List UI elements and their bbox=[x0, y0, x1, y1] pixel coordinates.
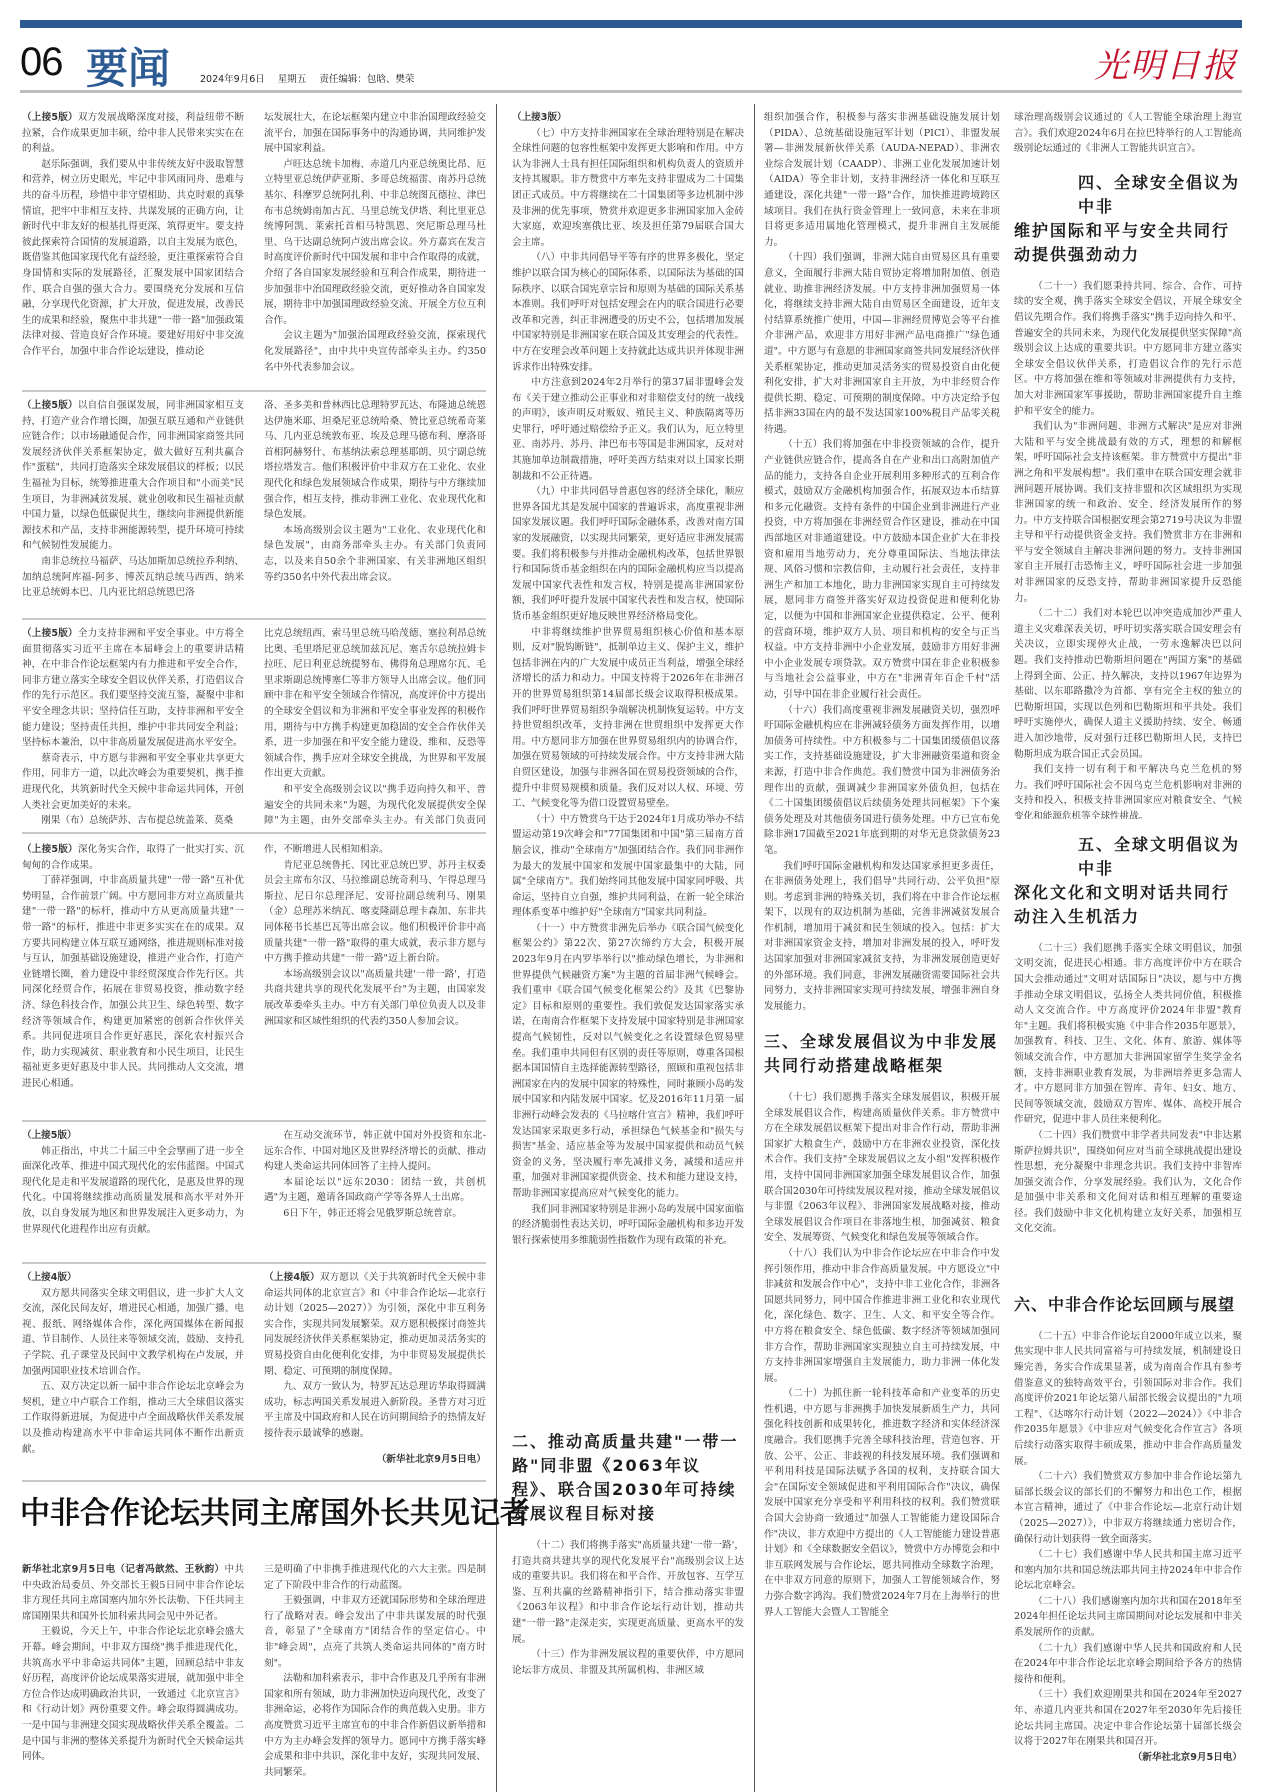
paragraph: 作，不断增进人民相知相亲。 bbox=[264, 842, 486, 858]
paragraph-text: 本场高级别会议以"高质量共建'一带一路'，打造共商共建共享的现代化发展平台"为主… bbox=[264, 969, 486, 1027]
issue-meta: 2024年9月6日 星期五 责任编辑：包晗、樊荣 bbox=[200, 71, 424, 85]
paragraph-text: 肯尼亚总统鲁托、冈比亚总统巴罗、苏丹主权委员会主席布尔汉、马拉维副总统奇利马、乍… bbox=[264, 860, 486, 965]
paragraph-text: 我们呼吁国际金融机构和发达国家承担更多责任，在非洲债务处理上，我们倡导"共同行动… bbox=[764, 861, 1000, 1012]
block1-right: 坛发展壮大，在论坛框架内建立中非治国理政经验交流平台，加强在国际事务中的沟通协调… bbox=[264, 110, 486, 390]
block2-left: （上接5版）以自信自强谋发展，同非洲国家相互支持，打造产业合作增长圈，加强互联互… bbox=[22, 398, 244, 608]
section-heading-6: 六、中非合作论坛回顾与展望 bbox=[1014, 1293, 1242, 1317]
paragraph-text: （二十九）我们感谢中华人民共和国政府和人民在2024年中非合作论坛北京峰会期间给… bbox=[1014, 1643, 1242, 1685]
declaration-col1-bottom: 二、推动高质量共建"一带一路"同非盟《2063年议程》、联合国2030年可持续发… bbox=[512, 1430, 744, 1790]
paragraph: （十五）我们将加强在中非投资领域的合作，提升产业链供应链合作，提高各自在产业和出… bbox=[764, 437, 1000, 702]
declaration-col1b-text: （十二）我们将携手落实"高质量共建'一带一路'，打造共商共建共享的现代化发展平台… bbox=[512, 1538, 744, 1678]
paragraph-text: 中非将继续维护世界贸易组织核心价值和基本原则，反对"脱钩断链"，抵制单边主义、保… bbox=[512, 627, 744, 810]
paragraph-text: 双方愿以《关于共筑新时代全天候中非命运共同体的北京宣言》和《中非合作论坛—北京行… bbox=[264, 1272, 486, 1377]
paragraph: 我们认为"非洲问题、非洲方式解决"是应对非洲大陆和平与安全挑战最有效的方式，理想… bbox=[1014, 419, 1242, 606]
paragraph: （二十一）我们愿秉持共同、综合、合作、可持续的安全观，携手落实全球安全倡议，开展… bbox=[1014, 279, 1242, 419]
paragraph: 法勒和加科索表示，非中合作惠及几乎所有非洲国家和所有领域，助力非洲加快迈向现代化… bbox=[264, 1671, 486, 1780]
paragraph-text: 坛发展壮大，在论坛框架内建立中非治国理政经验交流平台，加强在国际事务中的沟通协调… bbox=[264, 112, 486, 154]
paragraph-text: 本届论坛以"远东2030：团结一致，共创机遇"为主题，邀请各国政商产学等各界人士… bbox=[264, 1177, 486, 1204]
continuation-label: （上接5版） bbox=[22, 628, 78, 639]
continuation-label: （上接5版） bbox=[22, 400, 78, 411]
paragraph-text: 作，不断增进人民相知相亲。 bbox=[264, 844, 389, 855]
column-divider bbox=[754, 104, 755, 1792]
block5-left: （上接5版）韩正指出，中共二十届三中全会擘画了进一步全面深化改革、推进中国式现代… bbox=[22, 1128, 244, 1256]
paragraph: （二十四）我们赞赏中非学者共同发表"中非达累斯萨拉姆共识"，围绕如何应对当前全球… bbox=[1014, 1128, 1242, 1237]
paragraph-text: （十五）我们将加强在中非投资领域的合作，提升产业链供应链合作，提高各自在产业和出… bbox=[764, 439, 1000, 700]
paragraph-text: 赵乐际强调，我们要从中非传统友好中汲取智慧和营养，树立历史眼光，牢记中非风雨同舟… bbox=[22, 159, 244, 357]
paragraph: （十六）我们高度重视非洲发展融资关切，强烈呼吁国际金融机构应在非洲减轻债务方面发… bbox=[764, 703, 1000, 859]
paragraph: 赵乐际强调，我们要从中非传统友好中汲取智慧和营养，树立历史眼光，牢记中非风雨同舟… bbox=[22, 157, 244, 360]
paragraph: （二十九）我们感谢中华人民共和国政府和人民在2024年中非合作论坛北京峰会期间给… bbox=[1014, 1641, 1242, 1688]
paragraph: （十七）我们愿携手落实全球发展倡议，积极开展全球发展倡议合作，构建高质量伙伴关系… bbox=[764, 1090, 1000, 1246]
paragraph: 肯尼亚总统鲁托、冈比亚总统巴罗、苏丹主权委员会主席布尔汉、马拉维副总统奇利马、乍… bbox=[264, 858, 486, 967]
paragraph: 王毅说，今天上午，中非合作论坛北京峰会盛大开幕。峰会期间，中非双方围绕"携手推进… bbox=[22, 1624, 244, 1764]
paragraph-text: （二十一）我们愿秉持共同、综合、合作、可持续的安全观，携手落实全球安全倡议，开展… bbox=[1014, 281, 1242, 417]
paragraph: 蔡奇表示，中方愿与非洲和平安全事业共享更大作用，同非方一道，以此次峰会为重要契机… bbox=[22, 751, 244, 813]
block4-left: （上接5版）深化务实合作，取得了一批实打实、沉甸甸的合作成果。丁薛祥强调，中非高… bbox=[22, 842, 244, 1112]
block3-left: （上接5版）全力支持非洲和平安全事业。中方将全面贯彻落实习近平主席在本届峰会上的… bbox=[22, 626, 244, 826]
paragraph-text: （十二）我们将携手落实"高质量共建'一带一路'，打造共商共建共享的现代化发展平台… bbox=[512, 1540, 744, 1645]
masthead-divider bbox=[20, 90, 1242, 93]
block1-left: （上接5版）双方发展战略深度对接，利益纽带不断拉紧，合作成果更加丰硕，给中非人民… bbox=[22, 110, 244, 390]
masthead: 06 要闻 2024年9月6日 星期五 责任编辑：包晗、樊荣 光明日报 bbox=[20, 36, 1242, 86]
paragraph-text: （二十七）我们感谢中华人民共和国主席习近平和塞内加尔共和国总统法耶共同主持202… bbox=[1014, 1549, 1242, 1591]
paragraph: （八）中非共同倡导平等有序的世界多极化，坚定维护以联合国为核心的国际体系、以国际… bbox=[512, 250, 744, 375]
continuation-label: （上接5版） bbox=[22, 844, 78, 855]
paragraph-text: （七）中方支持非洲国家在全球治理特别是在解决全球性问题的包容性框架中发挥更大影响… bbox=[512, 128, 744, 248]
declaration-col3: 球治理高级别会议通过的《人工智能全球治理上海宣言》。我们欢迎2024年6月在拉巴… bbox=[1014, 110, 1242, 1792]
declaration-col3d-text: （二十五）中非合作论坛自2000年成立以来，聚焦实现中非人民共同富裕与可持续发展… bbox=[1014, 1329, 1242, 1750]
paragraph: （上接5版） bbox=[22, 1128, 244, 1144]
paragraph: （二十五）中非合作论坛自2000年成立以来，聚焦实现中非人民共同富裕与可持续发展… bbox=[1014, 1329, 1242, 1469]
paragraph: 本场高级别会议主题为"工业化、农业现代化和绿色发展"，由商务部牵头主办。有关部门… bbox=[264, 523, 486, 585]
paragraph: 王毅强调，中非双方还就国际形势和全球治理进行了战略对表。峰会发出了中非共谋发展的… bbox=[264, 1593, 486, 1671]
section-heading-3: 三、全球发展倡议为中非发展共同行动搭建战略框架 bbox=[764, 1030, 1000, 1078]
paragraph: （上接4版）双方愿以《关于共筑新时代全天候中非命运共同体的北京宣言》和《中非合作… bbox=[264, 1270, 486, 1379]
paragraph-text: 九、双方一致认为，特罗瓦达总理访华取得圆满成功，标志两国关系发展进入新阶段。圣普… bbox=[264, 1381, 486, 1439]
paragraph-text: 我们认为"非洲问题、非洲方式解决"是应对非洲大陆和平与安全挑战最有效的方式，理想… bbox=[1014, 421, 1242, 604]
paragraph: （十四）我们强调，非洲大陆自由贸易区具有重要意义，全面履行非洲大陆自贸协定将增加… bbox=[764, 250, 1000, 437]
paragraph: 球治理高级别会议通过的《人工智能全球治理上海宣言》。我们欢迎2024年6月在拉巴… bbox=[1014, 110, 1242, 157]
paragraph: 丁薛祥强调，中非高质量共建"一带一路"互补优势明显，合作前景广阔。中方愿同非方对… bbox=[22, 873, 244, 1091]
paragraph: （上接5版）全力支持非洲和平安全事业。中方将全面贯彻落实习近平主席在本届峰会上的… bbox=[22, 626, 244, 751]
paragraph: 6日下午，韩正还将会见俄罗斯总统普京。 bbox=[264, 1206, 486, 1222]
paragraph: （十）中方赞赏乌干达于2024年1月成功举办不结盟运动第19次峰会和"77国集团… bbox=[512, 812, 744, 921]
paragraph: （二十三）我们愿携手落实全球文明倡议，加强文明交流，促进民心相通。非方高度评价中… bbox=[1014, 941, 1242, 1128]
paragraph-text: 法勒和加科索表示，非中合作惠及几乎所有非洲国家和所有领域，助力非洲加快迈向现代化… bbox=[264, 1673, 486, 1778]
paragraph-text: 三是明确了中非携手推进现代化的六大主张。四是制定了下阶段中非合作的行动蓝图。 bbox=[264, 1564, 486, 1591]
paragraph-text: 组织加强合作，积极参与落实非洲基础设施发展计划（PIDA）、总统基础设施冠军计划… bbox=[764, 112, 1000, 248]
paragraph-text: （十八）我们认为中非合作论坛应在中非合作中发挥引领作用，推动中非合作高质量发展。… bbox=[764, 1248, 1000, 1384]
section-title: 要闻 bbox=[86, 36, 170, 96]
block4-right: 作，不断增进人民相知相亲。肯尼亚总统鲁托、冈比亚总统巴罗、苏丹主权委员会主席布尔… bbox=[264, 842, 486, 1112]
paragraph-text: 会议主题为"加强治国理政经验交流，探索现代化发展路径"，由中共中央宣传部牵头主办… bbox=[264, 330, 486, 372]
paragraph-text: 五、双方决定以新一届中非合作论坛北京峰会为契机，建立中卢联合工作组，推动三大全球… bbox=[22, 1381, 244, 1454]
block5-right: 在互动交流环节，韩正就中国对外投资和东北-远东合作、中国对地区及世界经济增长的贡… bbox=[264, 1128, 486, 1256]
continuation-label: （上接5版） bbox=[22, 112, 78, 123]
paragraph-text: 在互动交流环节，韩正就中国对外投资和东北-远东合作、中国对地区及世界经济增长的贡… bbox=[264, 1130, 486, 1172]
paragraph: 坛发展壮大，在论坛框架内建立中非治国理政经验交流平台，加强在国际事务中的沟通协调… bbox=[264, 110, 486, 157]
paragraph-text: （十三）作为非洲发展议程的重要伙伴，中方愿同论坛非方成员、非盟及其所属机构、非洲… bbox=[512, 1649, 744, 1676]
declaration-col2: 组织加强合作，积极参与落实非洲基础设施发展计划（PIDA）、总统基础设施冠军计划… bbox=[764, 110, 1000, 1030]
declaration-col3b-text: （二十一）我们愿秉持共同、综合、合作、可持续的安全观，携手落实全球安全倡议，开展… bbox=[1014, 279, 1242, 819]
paragraph-text: 全力支持非洲和平安全事业。中方将全面贯彻落实习近平主席在本届峰会上的重要讲话精神… bbox=[22, 628, 244, 748]
paragraph-text: （二十八）我们感谢塞内加尔共和国在2018年至2024年担任论坛共同主席国期间对… bbox=[1014, 1596, 1242, 1638]
paragraph-text: （十）中方赞赏乌干达于2024年1月成功举办不结盟运动第19次峰会和"77国集团… bbox=[512, 814, 744, 919]
paragraph: （上接5版）双方发展战略深度对接，利益纽带不断拉紧，合作成果更加丰硕，给中非人民… bbox=[22, 110, 244, 157]
declaration-col3c-text: （二十三）我们愿携手落实全球文明倡议，加强文明交流，促进民心相通。非方高度评价中… bbox=[1014, 941, 1242, 1279]
main-story-left: 新华社北京9月5日电（记者冯歆然、王秋韵）中共中央政治局委员、外交部长王毅5日同… bbox=[22, 1562, 244, 1787]
paragraph: 比克总统纽西、索马里总统马哈茂德、塞拉利昂总统比奥、毛里塔尼亚总统加兹瓦尼、塞舌… bbox=[264, 626, 486, 782]
paragraph-text: 刚果（布）总统萨苏、吉布提总统盖莱、莫桑 bbox=[41, 815, 233, 826]
paragraph-text: （二十六）我们赞赏双方参加中非合作论坛第九届部长级会议的部长们的不懈努力和出色工… bbox=[1014, 1471, 1242, 1544]
byline-sign: （新华社北京9月5日电） bbox=[264, 1452, 486, 1468]
paragraph: （二十七）我们感谢中华人民共和国主席习近平和塞内加尔共和国总统法耶共同主持202… bbox=[1014, 1547, 1242, 1594]
paragraph: 双方愿共同落实全球文明倡议，进一步扩大人文交流，深化民间友好，增进民心相通，加强… bbox=[22, 1286, 244, 1380]
paragraph: 和平安全高级别会议以"携手迈向持久和平、普遍安全的共同未来"为题，为现代化发展提… bbox=[264, 782, 486, 826]
paragraph-text: 6日下午，韩正还将会见俄罗斯总统普京。 bbox=[283, 1208, 462, 1219]
paragraph: （三十）我们欢迎刚果共和国在2024年至2027年、赤道几内亚共和国在2027年… bbox=[1014, 1687, 1242, 1749]
paragraph: 我们支持一切有利于和平解决乌克兰危机的努力。我们呼吁国际社会不因乌克兰危机影响对… bbox=[1014, 762, 1242, 819]
paragraph: 刚果（布）总统萨苏、吉布提总统盖莱、莫桑 bbox=[22, 813, 244, 826]
declaration-col1: （上接3版）（七）中方支持非洲国家在全球治理特别是在解决全球性问题的包容性框架中… bbox=[512, 110, 744, 1428]
paragraph: 九、双方一致认为，特罗瓦达总理访华取得圆满成功，标志两国关系发展进入新阶段。圣普… bbox=[264, 1379, 486, 1441]
block3-right: 比克总统纽西、索马里总统马哈茂德、塞拉利昂总统比奥、毛里塔尼亚总统加兹瓦尼、塞舌… bbox=[264, 626, 486, 826]
paragraph: 本届论坛以"远东2030：团结一致，共创机遇"为主题，邀请各国政商产学等各界人士… bbox=[264, 1175, 486, 1206]
block2-right: 洛、圣多美和普林西比总理特罗瓦达、布隆迪总统恩达伊施米耶、坦桑尼亚总统哈桑、赞比… bbox=[264, 398, 486, 608]
issue-weekday: 星期五 bbox=[278, 74, 307, 85]
paragraph-text: 丁薛祥强调，中非高质量共建"一带一路"互补优势明显，合作前景广阔。中方愿同非方对… bbox=[22, 875, 244, 1089]
main-headline: 中非合作论坛共同主席国外长共见记者 bbox=[20, 1488, 500, 1532]
page-number: 06 bbox=[20, 40, 63, 85]
paragraph-text: （二十五）中非合作论坛自2000年成立以来，聚焦实现中非人民共同富裕与可持续发展… bbox=[1014, 1331, 1242, 1467]
paragraph-text: 球治理高级别会议通过的《人工智能全球治理上海宣言》。我们欢迎2024年6月在拉巴… bbox=[1014, 112, 1242, 154]
issue-date: 2024年9月6日 bbox=[200, 74, 265, 85]
block6-left: （上接4版）双方愿共同落实全球文明倡议，进一步扩大人文交流，深化民间友好，增进民… bbox=[22, 1270, 244, 1466]
section-heading-2: 二、推动高质量共建"一带一路"同非盟《2063年议程》、联合国2030年可持续发… bbox=[512, 1430, 744, 1526]
paragraph-text: （十四）我们强调，非洲大陆自由贸易区具有重要意义，全面履行非洲大陆自贸协定将增加… bbox=[764, 252, 1000, 435]
paragraph: （上接5版）深化务实合作，取得了一批实打实、沉甸甸的合作成果。 bbox=[22, 842, 244, 873]
paragraph: 韩正指出，中共二十届三中全会擘画了进一步全面深化改革、推进中国式现代化的宏伟蓝图… bbox=[22, 1144, 244, 1238]
paragraph-text: （八）中非共同倡导平等有序的世界多极化，坚定维护以联合国为核心的国际体系、以国际… bbox=[512, 252, 744, 372]
paragraph-text: 我们支持一切有利于和平解决乌克兰危机的努力。我们呼吁国际社会不因乌克兰危机影响对… bbox=[1014, 764, 1242, 819]
paragraph: （七）中方支持非洲国家在全球治理特别是在解决全球性问题的包容性框架中发挥更大影响… bbox=[512, 126, 744, 251]
paragraph: 在互动交流环节，韩正就中国对外投资和东北-远东合作、中国对地区及世界经济增长的贡… bbox=[264, 1128, 486, 1175]
section-heading-5: 五、全球文明倡议为中非 深化文化和文明对话共同行动注入生机活力 bbox=[1014, 833, 1242, 929]
continuation-label: （上接4版） bbox=[264, 1272, 320, 1283]
newspaper-logo: 光明日报 bbox=[1094, 38, 1238, 87]
paragraph-text: （三十）我们欢迎刚果共和国在2024年至2027年、赤道几内亚共和国在2027年… bbox=[1014, 1689, 1242, 1747]
paragraph: （十一）中方赞赏非洲先后举办《联合国气候变化框架公约》第22次、第27次缔约方大… bbox=[512, 921, 744, 1202]
paragraph-text: （十七）我们愿携手落实全球发展倡议，积极开展全球发展倡议合作，构建高质量伙伴关系… bbox=[764, 1092, 1000, 1243]
paragraph-text: 洛、圣多美和普林西比总理特罗瓦达、布隆迪总统恩达伊施米耶、坦桑尼亚总统哈桑、赞比… bbox=[264, 400, 486, 520]
paragraph: （九）中非共同倡导普惠包容的经济全球化，顺应世界各国尤其是发展中国家的普遍诉求，… bbox=[512, 484, 744, 624]
paragraph: 洛、圣多美和普林西比总理特罗瓦达、布隆迪总统恩达伊施米耶、坦桑尼亚总统哈桑、赞比… bbox=[264, 398, 486, 523]
top-brand-bar bbox=[20, 20, 1242, 28]
paragraph: 组织加强合作，积极参与落实非洲基础设施发展计划（PIDA）、总统基础设施冠军计划… bbox=[764, 110, 1000, 250]
paragraph-text: 王毅说，今天上午，中非合作论坛北京峰会盛大开幕。峰会期间，中非双方围绕"携手推进… bbox=[22, 1626, 244, 1762]
declaration-col3-text: 球治理高级别会议通过的《人工智能全球治理上海宣言》。我们欢迎2024年6月在拉巴… bbox=[1014, 110, 1242, 157]
paragraph: （二十六）我们赞赏双方参加中非合作论坛第九届部长级会议的部长们的不懈努力和出色工… bbox=[1014, 1469, 1242, 1547]
paragraph-text: 韩正指出，中共二十届三中全会擘画了进一步全面深化改革、推进中国式现代化的宏伟蓝图… bbox=[22, 1146, 244, 1235]
paragraph-text: 蔡奇表示，中方愿与非洲和平安全事业共享更大作用，同非方一道，以此次峰会为重要契机… bbox=[22, 753, 244, 811]
paragraph: （二十二）我们对本轮巴以冲突造成加沙严重人道主义灾难深表关切，呼吁切实落实联合国… bbox=[1014, 606, 1242, 762]
byline-sign: （新华社北京9月5日电） bbox=[1014, 1750, 1242, 1766]
block-divider bbox=[22, 832, 486, 834]
continuation-label: （上接4版） bbox=[22, 1272, 77, 1283]
continuation-label: 新华社北京9月5日电（记者冯歆然、王秋韵） bbox=[22, 1564, 224, 1575]
paragraph-text: 我们同非洲国家特别是非洲小岛屿发展中国家面临的经济脆弱性表达关切，呼吁国际金融机… bbox=[512, 1204, 744, 1246]
paragraph: 会议主题为"加强治国理政经验交流，探索现代化发展路径"，由中共中央宣传部牵头主办… bbox=[264, 328, 486, 375]
paragraph: （十三）作为非洲发展议程的重要伙伴，中方愿同论坛非方成员、非盟及其所属机构、非洲… bbox=[512, 1647, 744, 1678]
block-divider bbox=[22, 618, 486, 620]
paragraph-text: （二十四）我们赞赏中非学者共同发表"中非达累斯萨拉姆共识"，围绕如何应对当前全球… bbox=[1014, 1130, 1242, 1235]
block-divider bbox=[22, 1120, 486, 1122]
paragraph-text: 以自信自强谋发展，同非洲国家相互支持，打造产业合作增长圈，加强互联互通和产业链供… bbox=[22, 400, 244, 551]
paragraph-text: （二十）为抓住新一轮科技革命和产业变革的历史性机遇，中方愿与非洲携手加快发展新质… bbox=[764, 1388, 1000, 1617]
column-divider bbox=[496, 104, 497, 1792]
section-heading-4: 四、全球安全倡议为中非 维护国际和平与安全共同行动提供强劲动力 bbox=[1014, 171, 1242, 267]
paragraph: 中方注意到2024年2月举行的第37届非盟峰会发布《关于建立推动公正事业和对非赔… bbox=[512, 375, 744, 484]
block-divider bbox=[22, 390, 486, 392]
declaration-col2b-text: （十七）我们愿携手落实全球发展倡议，积极开展全球发展倡议合作，构建高质量伙伴关系… bbox=[764, 1090, 1000, 1620]
paragraph: 我们同非洲国家特别是非洲小岛屿发展中国家面临的经济脆弱性表达关切，呼吁国际金融机… bbox=[512, 1202, 744, 1249]
paragraph-text: （十六）我们高度重视非洲发展融资关切，强烈呼吁国际金融机构应在非洲减轻债务方面发… bbox=[764, 705, 1000, 856]
block-divider bbox=[22, 1262, 486, 1264]
paragraph: （二十）为抓住新一轮科技革命和产业变革的历史性机遇，中方愿与非洲携手加快发展新质… bbox=[764, 1386, 1000, 1620]
paragraph: 南非总统拉马福萨、马达加斯加总统拉乔利纳、加纳总统阿库福-阿多、博茨瓦纳总统马西… bbox=[22, 554, 244, 601]
paragraph-text: 中方注意到2024年2月举行的第37届非盟峰会发布《关于建立推动公正事业和对非赔… bbox=[512, 377, 744, 482]
paragraph: 三是明确了中非携手推进现代化的六大主张。四是制定了下阶段中非合作的行动蓝图。 bbox=[264, 1562, 486, 1593]
paragraph-text: 比克总统纽西、索马里总统马哈茂德、塞拉利昂总统比奥、毛里塔尼亚总统加兹瓦尼、塞舌… bbox=[264, 628, 486, 779]
paragraph: （二十八）我们感谢塞内加尔共和国在2018年至2024年担任论坛共同主席国期间对… bbox=[1014, 1594, 1242, 1641]
paragraph-text: （十一）中方赞赏非洲先后举办《联合国气候变化框架公约》第22次、第27次缔约方大… bbox=[512, 923, 744, 1199]
paragraph: 五、双方决定以新一届中非合作论坛北京峰会为契机，建立中卢联合工作组，推动三大全球… bbox=[22, 1379, 244, 1457]
paragraph-text: （二十三）我们愿携手落实全球文明倡议，加强文明交流，促进民心相通。非方高度评价中… bbox=[1014, 943, 1242, 1126]
paragraph-text: 双方愿共同落实全球文明倡议，进一步扩大人文交流，深化民间友好，增进民心相通，加强… bbox=[22, 1288, 244, 1377]
paragraph: （上接3版） bbox=[512, 110, 744, 126]
continuation-label: （上接3版） bbox=[512, 112, 567, 123]
main-story-right: 三是明确了中非携手推进现代化的六大主张。四是制定了下阶段中非合作的行动蓝图。王毅… bbox=[264, 1562, 486, 1787]
paragraph: （十八）我们认为中非合作论坛应在中非合作中发挥引领作用，推动中非合作高质量发展。… bbox=[764, 1246, 1000, 1386]
paragraph: 新华社北京9月5日电（记者冯歆然、王秋韵）中共中央政治局委员、外交部长王毅5日同… bbox=[22, 1562, 244, 1624]
paragraph-text: 本场高级别会议主题为"工业化、农业现代化和绿色发展"，由商务部牵头主办。有关部门… bbox=[264, 525, 486, 583]
paragraph-text: （九）中非共同倡导普惠包容的经济全球化，顺应世界各国尤其是发展中国家的普遍诉求，… bbox=[512, 486, 744, 622]
block-divider bbox=[22, 1480, 486, 1482]
paragraph: 中非将继续维护世界贸易组织核心价值和基本原则，反对"脱钩断链"，抵制单边主义、保… bbox=[512, 625, 744, 812]
continuation-label: （上接5版） bbox=[22, 1130, 77, 1141]
paragraph-text: 卢旺达总统卡加梅、赤道几内亚总统奥比昂、厄立特里亚总统伊萨亚斯、多哥总统福雷、南… bbox=[264, 159, 486, 326]
paragraph-text: （二十二）我们对本轮巴以冲突造成加沙严重人道主义灾难深表关切，呼吁切实落实联合国… bbox=[1014, 608, 1242, 759]
paragraph: 本场高级别会议以"高质量共建'一带一路'，打造共商共建共享的现代化发展平台"为主… bbox=[264, 967, 486, 1029]
paragraph-text: 和平安全高级别会议以"携手迈向持久和平、普遍安全的共同未来"为题，为现代化发展提… bbox=[264, 784, 486, 826]
paragraph: 我们呼吁国际金融机构和发达国家承担更多责任，在非洲债务处理上，我们倡导"共同行动… bbox=[764, 859, 1000, 1015]
paragraph: （上接5版）以自信自强谋发展，同非洲国家相互支持，打造产业合作增长圈，加强互联互… bbox=[22, 398, 244, 554]
block6-right: （上接4版）双方愿以《关于共筑新时代全天候中非命运共同体的北京宣言》和《中非合作… bbox=[264, 1270, 486, 1450]
editors: 责任编辑：包晗、樊荣 bbox=[319, 74, 414, 85]
paragraph: （上接4版） bbox=[22, 1270, 244, 1286]
paragraph: （十二）我们将携手落实"高质量共建'一带一路'，打造共商共建共享的现代化发展平台… bbox=[512, 1538, 744, 1647]
paragraph-text: 南非总统拉马福萨、马达加斯加总统拉乔利纳、加纳总统阿库福-阿多、博茨瓦纳总统马西… bbox=[22, 556, 244, 598]
paragraph: 卢旺达总统卡加梅、赤道几内亚总统奥比昂、厄立特里亚总统伊萨亚斯、多哥总统福雷、南… bbox=[264, 157, 486, 329]
paragraph-text: 王毅强调，中非双方还就国际形势和全球治理进行了战略对表。峰会发出了中非共谋发展的… bbox=[264, 1595, 486, 1668]
declaration-col2-bottom: 三、全球发展倡议为中非发展共同行动搭建战略框架 （十七）我们愿携手落实全球发展倡… bbox=[764, 1030, 1000, 1790]
